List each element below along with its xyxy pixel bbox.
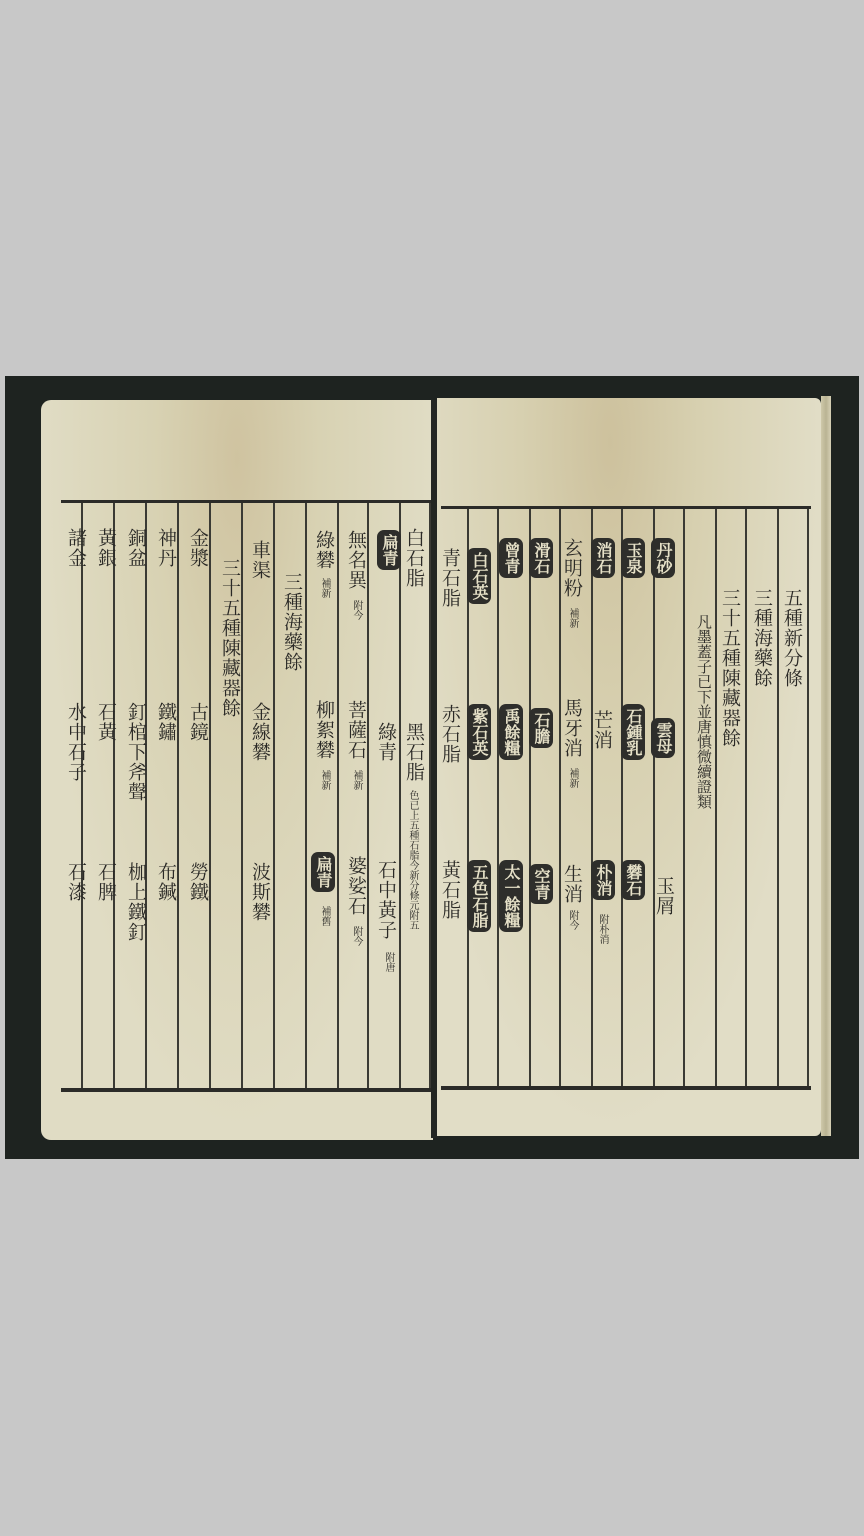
note-shizhonghuangzi: 附唐 (383, 952, 394, 972)
header-chencangqi: 三十五種陳藏器餘 (219, 558, 241, 718)
seal-bianqing: 扁青 (377, 530, 401, 570)
entry-tiexiu: 鐵鏽 (155, 702, 177, 742)
entry-dingguan: 釘棺下斧聲 (125, 702, 147, 802)
seal-puxiao: 朴消 (591, 860, 615, 900)
seal-kongqing: 空青 (529, 864, 553, 904)
entry-shendan: 神丹 (155, 528, 177, 568)
seal-dansha: 丹砂 (651, 538, 675, 578)
entry-chishizhi: 赤石脂 (439, 704, 461, 764)
page-edge (821, 396, 831, 1136)
seal-bianqing-2: 扁青 (311, 852, 335, 892)
entry-jiashang: 枷上鐵釘 (125, 862, 147, 942)
seal-yuyuliang: 禹餘糧 (499, 704, 523, 760)
seal-zishiying: 紫石英 (467, 704, 491, 760)
note-pusashi: 補新 (351, 770, 362, 790)
entry-wumingyi: 無名異 (345, 530, 367, 590)
entry-huangyin: 黃銀 (95, 528, 117, 568)
entry-huangshizhi: 黃石脂 (439, 860, 461, 920)
seal-fanshi: 礬石 (621, 860, 645, 900)
entry-yuxie: 玉屑 (653, 876, 675, 916)
entry-shipi: 石脾 (95, 862, 117, 902)
entry-jinxianfan: 金線礬 (249, 702, 271, 762)
note-liuxufan: 補新 (319, 770, 330, 790)
seal-yunmu: 雲母 (651, 718, 675, 758)
note-heishizhi: 色已上五種石脂今新分條元附五 (407, 790, 418, 940)
entry-pusashi: 菩薩石 (345, 700, 367, 760)
seal-xiaoshi: 消石 (591, 538, 615, 578)
entry-posuoshi: 婆娑石 (345, 856, 367, 916)
entry-shengxiao: 生消 (561, 864, 583, 904)
seal-shizhongru: 石鍾乳 (621, 704, 645, 760)
entry-heishizhi: 黑石脂 (403, 722, 425, 782)
left-page: 白石脂 黑石脂 色已上五種石脂今新分條元附五 扁青 綠青 石中黃子 附唐 無名異… (41, 400, 433, 1140)
note-bianqing-2: 補舊 (319, 906, 330, 926)
entry-mangxiao: 芒消 (591, 710, 613, 750)
seal-yuquan: 玉泉 (621, 538, 645, 578)
entry-zhujin: 諸金 (65, 528, 87, 568)
seal-baishiying: 白石英 (467, 548, 491, 604)
note-posuoshi: 附今 (351, 926, 362, 946)
seal-cengqing: 曾青 (499, 538, 523, 578)
header-wuzhong: 五種新分條 (781, 588, 803, 688)
entry-qingshizhi: 青石脂 (439, 548, 461, 608)
note-wumingyi: 附今 (351, 600, 362, 620)
seal-shidan: 石膽 (529, 708, 553, 748)
seal-taiyiyuliang: 太一餘糧 (499, 860, 523, 932)
entry-shizhonghuangzi: 石中黃子 (375, 860, 397, 940)
entry-shuizhong: 水中石子 (65, 702, 87, 782)
entry-buzhen: 布鍼 (155, 862, 177, 902)
entry-lvqing: 綠青 (375, 722, 397, 762)
entry-laotie: 勞鐵 (187, 862, 209, 902)
entry-shihuang: 石黃 (95, 702, 117, 742)
header-sanzhong: 三種海藥餘 (751, 588, 773, 688)
entry-baishizhi: 白石脂 (403, 528, 425, 588)
entry-tongpen: 銅盆 (125, 528, 147, 568)
header-note: 凡墨蓋子已下並唐慎微續證類 (695, 614, 712, 809)
header-haiyao: 三種海藥餘 (281, 572, 303, 672)
entry-liuxufan: 柳絮礬 (313, 700, 335, 760)
seal-wuseshizhi: 五色石脂 (467, 860, 491, 932)
note-mayaxiao: 補新 (567, 768, 578, 788)
entry-xuanmingfen: 玄明粉 (561, 538, 583, 598)
right-page: 五種新分條 三種海藥餘 三十五種陳藏器餘 凡墨蓋子已下並唐慎微續證類 丹砂 雲母… (437, 398, 821, 1136)
entry-shiqi: 石漆 (65, 862, 87, 902)
note-shengxiao: 附今 (567, 910, 578, 930)
seal-huashi: 滑石 (529, 538, 553, 578)
note-puxiao: 附朴消 (597, 914, 608, 944)
entry-lvfan: 綠礬 (313, 530, 335, 570)
entry-gujing: 古鏡 (187, 702, 209, 742)
note-xuanmingfen: 補新 (567, 608, 578, 628)
entry-chequ: 車渠 (249, 540, 271, 580)
note-lvfan: 補新 (319, 578, 330, 598)
entry-bosifan: 波斯礬 (249, 862, 271, 922)
left-page-frame (61, 500, 433, 1092)
book-scan: 白石脂 黑石脂 色已上五種石脂今新分條元附五 扁青 綠青 石中黃子 附唐 無名異… (5, 376, 859, 1159)
header-sanshiwu: 三十五種陳藏器餘 (719, 588, 741, 748)
entry-jinjiang: 金漿 (187, 528, 209, 568)
entry-mayaxiao: 馬牙消 (561, 698, 583, 758)
